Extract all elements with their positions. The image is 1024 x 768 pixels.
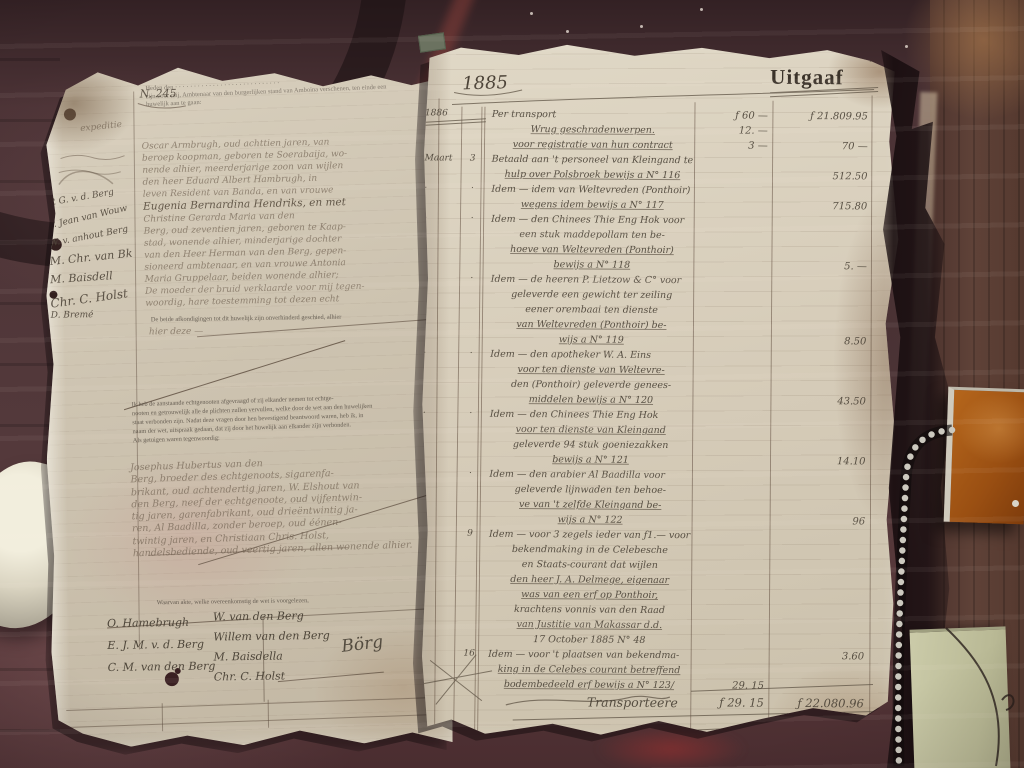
wire-loop <box>1002 695 1014 710</box>
photo-of-archival-documents: N. 245 expeditie P. G. v. d. BergP. Jean… <box>0 0 1024 768</box>
chain-shadow <box>898 430 952 766</box>
chain-and-wire-overlay <box>0 0 1024 768</box>
wire <box>946 628 999 766</box>
